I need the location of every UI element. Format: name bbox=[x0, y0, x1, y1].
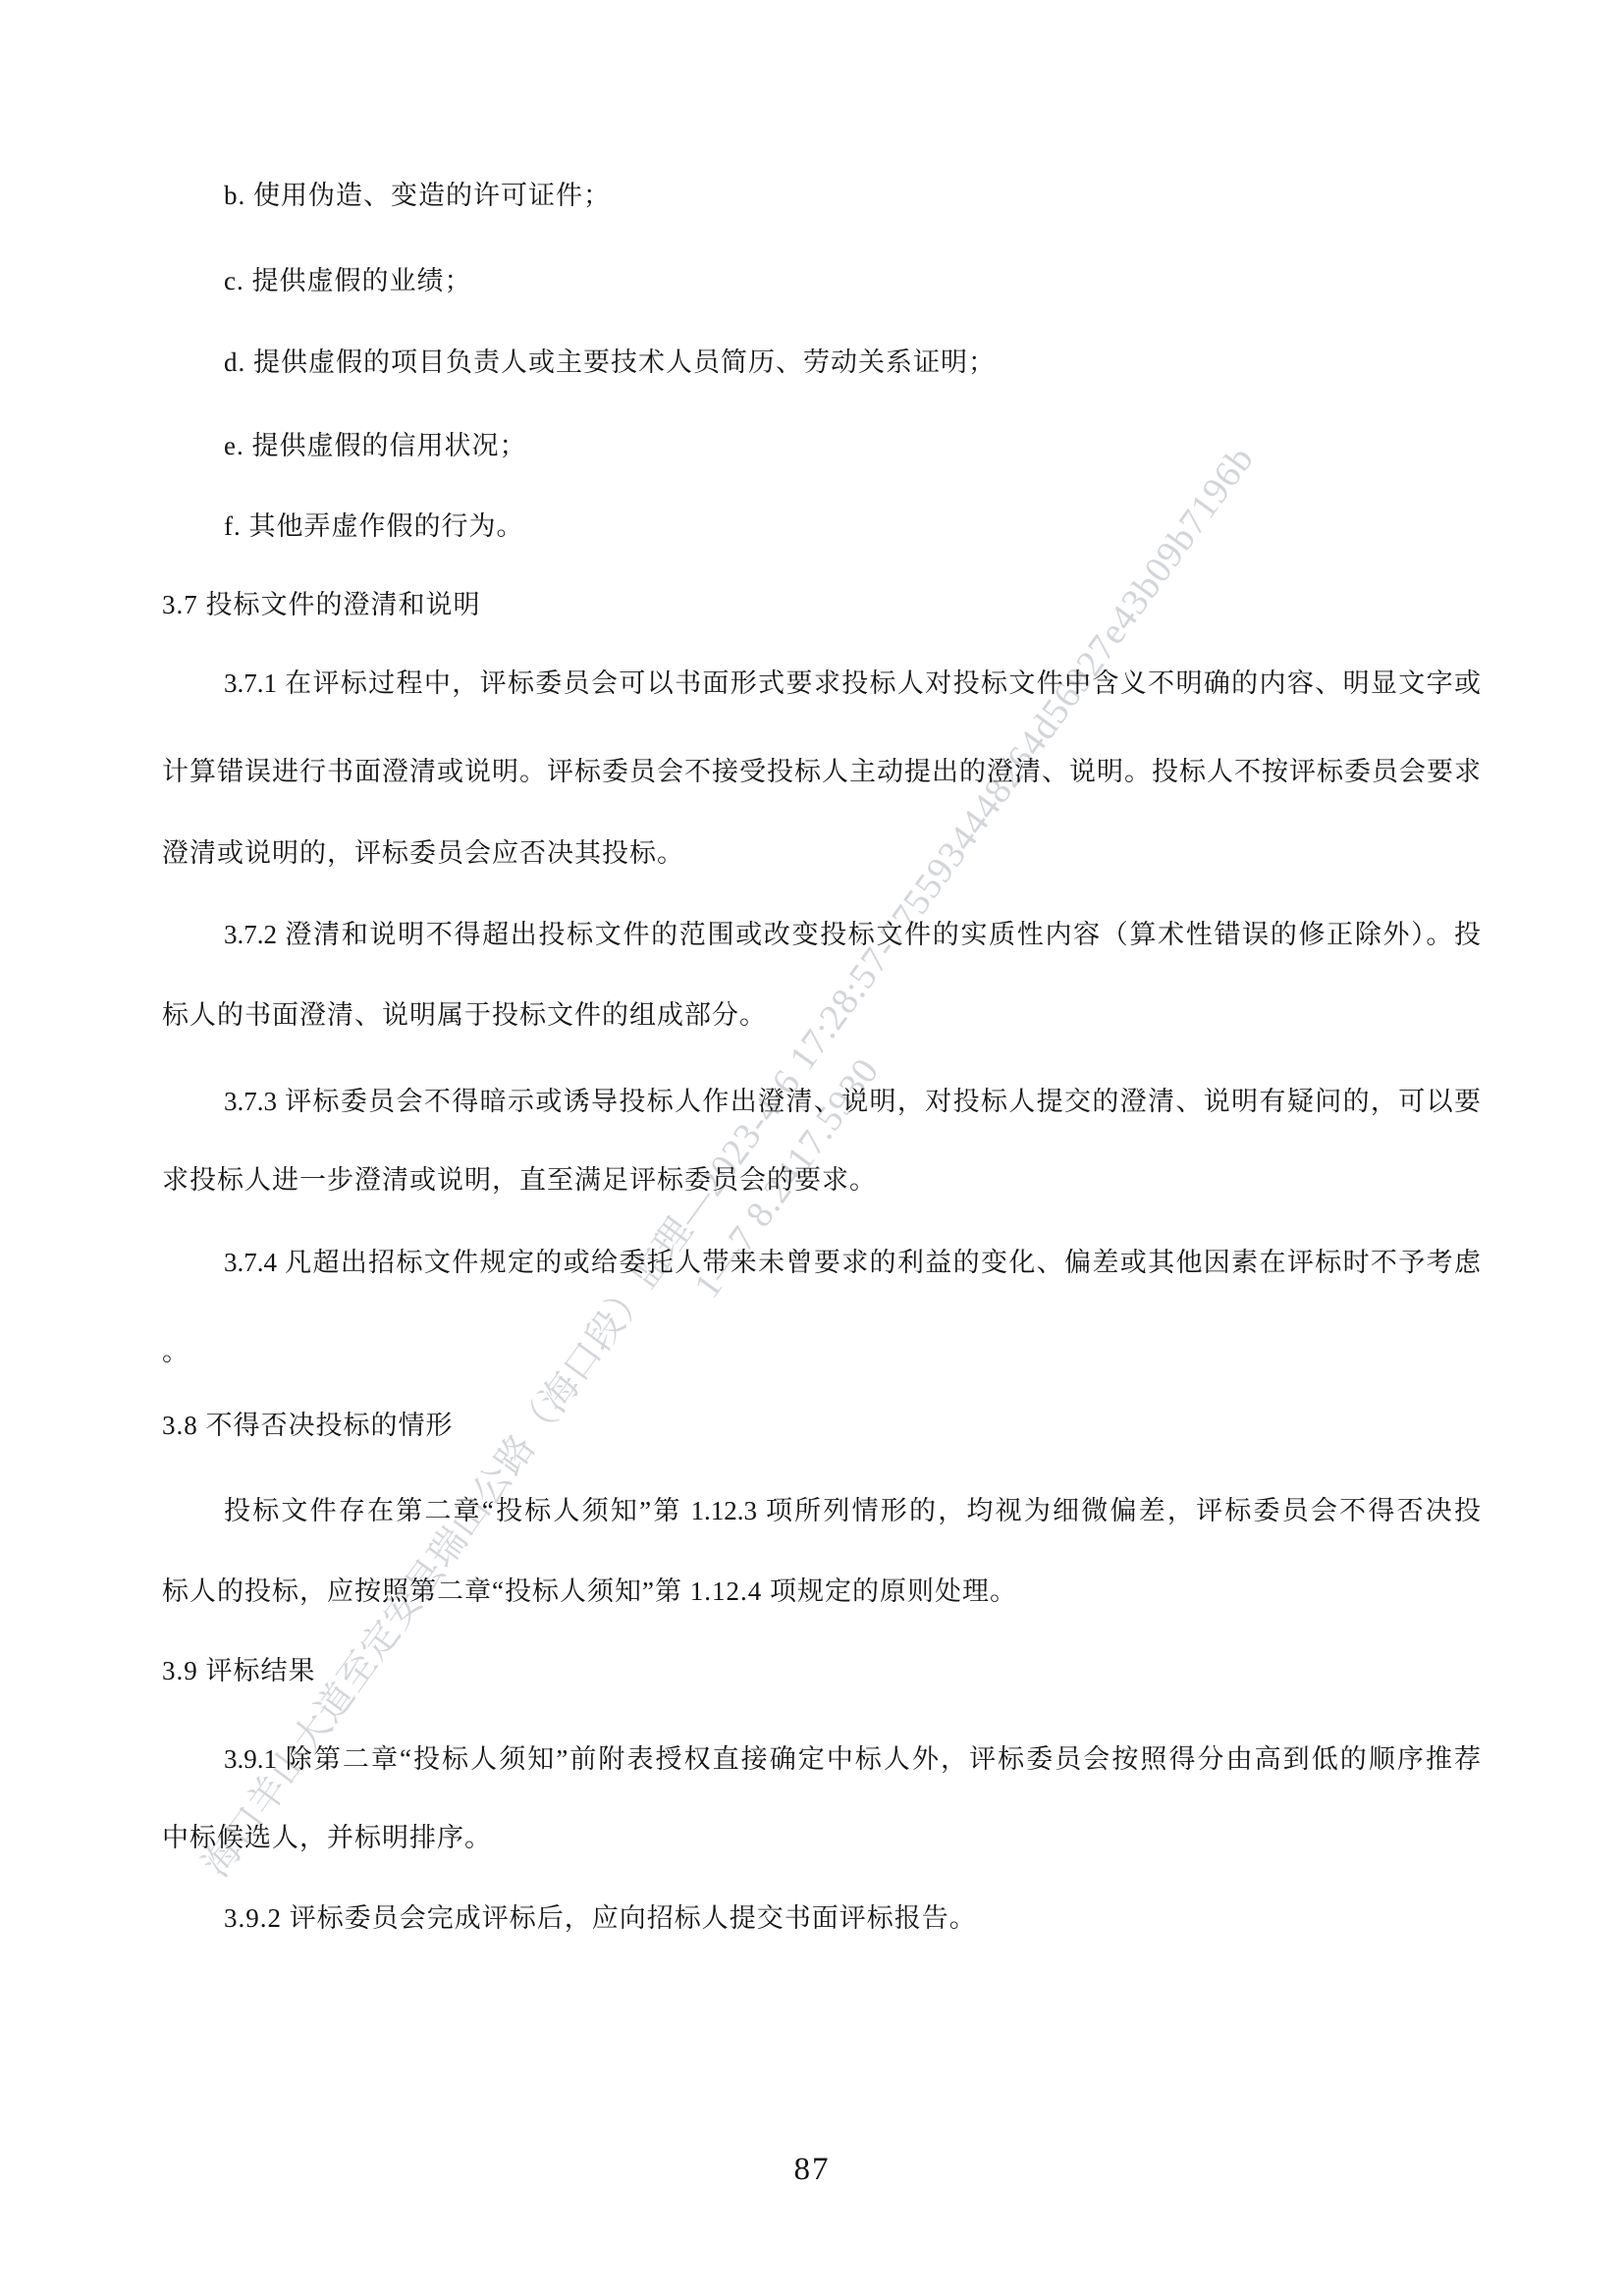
list-item-e: e. 提供虚假的信用状况； bbox=[224, 429, 1481, 462]
heading-3-7: 3.7 投标文件的澄清和说明 bbox=[162, 588, 1481, 621]
list-item-c: c. 提供虚假的业绩； bbox=[224, 264, 1481, 297]
heading-3-9: 3.9 评标结果 bbox=[162, 1654, 1481, 1687]
para-3-9-1-line1: 3.9.1 除第二章“投标人须知”前附表授权直接确定中标人外，评标委员会按照得分… bbox=[224, 1742, 1481, 1776]
para-3-7-1-line2: 计算错误进行书面澄清或说明。评标委员会不接受投标人主动提出的澄清、说明。投标人不… bbox=[162, 755, 1481, 788]
para-3-8-line2: 标人的投标，应按照第二章“投标人须知”第 1.12.4 项规定的原则处理。 bbox=[162, 1575, 1481, 1608]
para-3-7-3-line2: 求投标人进一步澄清或说明，直至满足评标委员会的要求。 bbox=[162, 1163, 1481, 1197]
list-item-b: b. 使用伪造、变造的许可证件； bbox=[224, 179, 1481, 212]
para-3-7-2-line2: 标人的书面澄清、说明属于投标文件的组成部分。 bbox=[162, 998, 1481, 1032]
para-3-7-2-line1: 3.7.2 澄清和说明不得超出投标文件的范围或改变投标文件的实质性内容（算术性错… bbox=[224, 918, 1481, 951]
list-item-f: f. 其他弄虚作假的行为。 bbox=[224, 509, 1481, 543]
para-3-7-1-line1: 3.7.1 在评标过程中，评标委员会可以书面形式要求投标人对投标文件中含义不明确… bbox=[224, 667, 1481, 700]
para-3-9-1-line2: 中标候选人，并标明排序。 bbox=[162, 1821, 1481, 1854]
para-3-7-4-line1: 3.7.4 凡超出招标文件规定的或给委托人带来未曾要求的利益的变化、偏差或其他因… bbox=[224, 1246, 1481, 1279]
para-3-8-line1: 投标文件存在第二章“投标人须知”第 1.12.3 项所列情形的，均视为细微偏差，… bbox=[224, 1494, 1481, 1527]
para-3-7-4-line2: 。 bbox=[162, 1335, 1481, 1368]
para-3-9-2-line1: 3.9.2 评标委员会完成评标后，应向招标人提交书面评标报告。 bbox=[224, 1901, 1481, 1935]
page-number: 87 bbox=[0, 2152, 1624, 2188]
heading-3-8: 3.8 不得否决投标的情形 bbox=[162, 1409, 1481, 1442]
para-3-7-3-line1: 3.7.3 评标委员会不得暗示或诱导投标人作出澄清、说明，对投标人提交的澄清、说… bbox=[224, 1085, 1481, 1118]
para-3-7-1-line3: 澄清或说明的，评标委员会应否决其投标。 bbox=[162, 836, 1481, 870]
document-page: 海口羊山大道至定安县瑞山公路（海口段）监理—2023-4-6 17:28:57-… bbox=[0, 0, 1624, 2296]
list-item-d: d. 提供虚假的项目负责人或主要技术人员简历、劳动关系证明； bbox=[224, 346, 1481, 379]
